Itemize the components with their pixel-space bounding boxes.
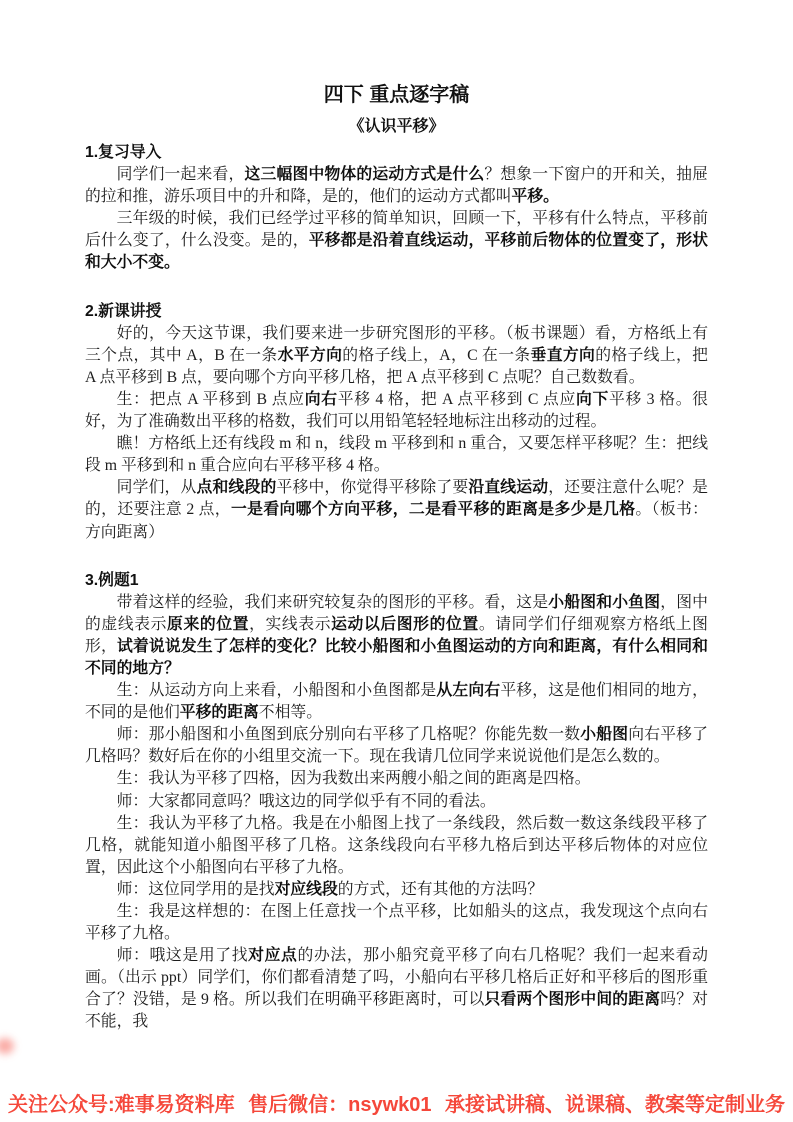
bold-run: 对应线段	[275, 881, 338, 898]
text-run: 同学们，从	[117, 479, 197, 496]
bold-run: 平移。	[512, 188, 559, 205]
bold-run: 平移的距离	[180, 704, 259, 721]
paragraph: 瞧！方格纸上还有线段 m 和 n，线段 m 平移到和 n 重合，又要怎样平移呢？…	[85, 433, 708, 477]
paragraph: 生：我认为平移了九格。我是在小船图上找了一条线段，然后数一数这条线段平移了几格，…	[85, 813, 708, 879]
document-content: 四下 重点逐字稿 《认识平移》 1.复习导入同学们一起来看，这三幅图中物体的运动…	[85, 0, 708, 1034]
text-run: ，实线表示	[249, 616, 331, 633]
text-run: 不相等。	[259, 704, 322, 721]
paragraph: 生：从运动方向上来看，小船图和小鱼图都是从左向右平移，这是他们相同的地方，不同的…	[85, 680, 708, 724]
section-heading: 1.复习导入	[85, 142, 708, 164]
bold-run: 向下	[576, 391, 609, 408]
bold-run: 原来的位置	[167, 616, 249, 633]
text-run: 生：我认为平移了九格。我是在小船图上找了一条线段，然后数一数这条线段平移了几格，…	[85, 815, 708, 876]
paragraph: 师：这位同学用的是找对应线段的方式，还有其他的方法吗？	[85, 879, 708, 901]
bold-run: 点和线段的	[197, 479, 277, 496]
bold-run: 运动以后图形的位置	[331, 616, 479, 633]
red-watermark-smudge	[0, 1038, 14, 1054]
paragraph: 师：大家都同意吗？哦这边的同学似乎有不同的看法。	[85, 791, 708, 813]
paragraph: 师：哦这是用了找对应点的办法，那小船究竟平移了向右几格呢？我们一起来看动画。（出…	[85, 945, 708, 1033]
bold-run: 一是看向哪个方向平移，二是看平移的距离是多少是几格	[231, 501, 635, 518]
bold-run: 只看两个图形中间的距离	[485, 991, 661, 1008]
page-subtitle: 《认识平移》	[85, 116, 708, 138]
footer-services: 承接试讲稿、说课稿、教案等定制业务	[445, 1093, 785, 1117]
bold-run: 这三幅图中物体的运动方式是什么	[245, 166, 485, 183]
text-run: 瞧！方格纸上还有线段 m 和 n，线段 m 平移到和 n 重合，又要怎样平移呢？…	[85, 435, 708, 474]
text-run: 平移 4 格，把 A 点平移到 C 点应	[338, 391, 576, 408]
section-heading: 2.新课讲授	[85, 301, 708, 323]
paragraph: 带着这样的经验，我们来研究较复杂的图形的平移。看，这是小船图和小鱼图，图中的虚线…	[85, 592, 708, 680]
paragraph: 三年级的时候，我们已经学过平移的简单知识，回顾一下，平移有什么特点，平移前后什么…	[85, 208, 708, 274]
text-run: 平移中，你觉得平移除了要	[276, 479, 468, 496]
text-run: 生：我认为平移了四格，因为我数出来两艘小船之间的距离是四格。	[117, 770, 591, 787]
bold-run: 对应点	[248, 947, 297, 964]
footer-wechat-account: 关注公众号:难事易资料库	[8, 1093, 235, 1117]
doc-body: 1.复习导入同学们一起来看，这三幅图中物体的运动方式是什么？想象一下窗户的开和关…	[85, 142, 708, 1034]
bold-run: 向右	[305, 391, 338, 408]
text-run: 同学们一起来看，	[117, 166, 245, 183]
paragraph: 同学们，从点和线段的平移中，你觉得平移除了要沿直线运动，还要注意什么呢？是的，还…	[85, 477, 708, 543]
bold-run: 从左向右	[436, 682, 500, 699]
promo-footer: 关注公众号:难事易资料库 售后微信：nsywk01 承接试讲稿、说课稿、教案等定…	[8, 1093, 785, 1117]
paragraph: 生：我是这样想的：在图上任意找一个点平移，比如船头的这点，我发现这个点向右平移了…	[85, 901, 708, 945]
text-run: 带着这样的经验，我们来研究较复杂的图形的平移。看，这是	[117, 594, 549, 611]
bold-run: 小船图和小鱼图	[548, 594, 660, 611]
bold-run: 小船图	[580, 726, 628, 743]
text-run: 的格子线上，A，C 在一条	[342, 347, 530, 364]
text-run: 师：哦这是用了找	[117, 947, 249, 964]
bold-run: 垂直方向	[531, 347, 596, 364]
bold-run: 试着说说发生了怎样的变化？比较小船图和小鱼图运动的方向和距离，有什么相同和不同的…	[85, 638, 708, 677]
section: 2.新课讲授好的，今天这节课，我们要来进一步研究图形的平移。（板书课题）看，方格…	[85, 301, 708, 544]
text-run: 师：大家都同意吗？哦这边的同学似乎有不同的看法。	[117, 793, 496, 810]
paragraph: 好的，今天这节课，我们要来进一步研究图形的平移。（板书课题）看，方格纸上有三个点…	[85, 323, 708, 389]
section-heading: 3.例题1	[85, 570, 708, 592]
paragraph: 生：把点 A 平移到 B 点应向右平移 4 格，把 A 点平移到 C 点应向下平…	[85, 389, 708, 433]
text-run: 生：把点 A 平移到 B 点应	[117, 391, 305, 408]
footer-aftersale-wechat: 售后微信：nsywk01	[248, 1093, 431, 1117]
document-page: 四下 重点逐字稿 《认识平移》 1.复习导入同学们一起来看，这三幅图中物体的运动…	[0, 0, 793, 1122]
page-title: 四下 重点逐字稿	[85, 82, 708, 108]
text-run: 师：这位同学用的是找	[117, 881, 275, 898]
paragraph: 生：我认为平移了四格，因为我数出来两艘小船之间的距离是四格。	[85, 768, 708, 790]
text-run: 生：我是这样想的：在图上任意找一个点平移，比如船头的这点，我发现这个点向右平移了…	[85, 903, 708, 942]
paragraph: 师：那小船图和小鱼图到底分别向右平移了几格呢？你能先数一数小船图向右平移了几格吗…	[85, 724, 708, 768]
text-run: 的方式，还有其他的方法吗？	[338, 881, 543, 898]
bold-run: 沿直线运动	[468, 479, 548, 496]
text-run: 师：那小船图和小鱼图到底分别向右平移了几格呢？你能先数一数	[117, 726, 581, 743]
section: 1.复习导入同学们一起来看，这三幅图中物体的运动方式是什么？想象一下窗户的开和关…	[85, 142, 708, 275]
paragraph: 同学们一起来看，这三幅图中物体的运动方式是什么？想象一下窗户的开和关，抽屉的拉和…	[85, 164, 708, 208]
text-run: 生：从运动方向上来看，小船图和小鱼图都是	[117, 682, 437, 699]
bold-run: 水平方向	[278, 347, 343, 364]
section: 3.例题1带着这样的经验，我们来研究较复杂的图形的平移。看，这是小船图和小鱼图，…	[85, 570, 708, 1034]
